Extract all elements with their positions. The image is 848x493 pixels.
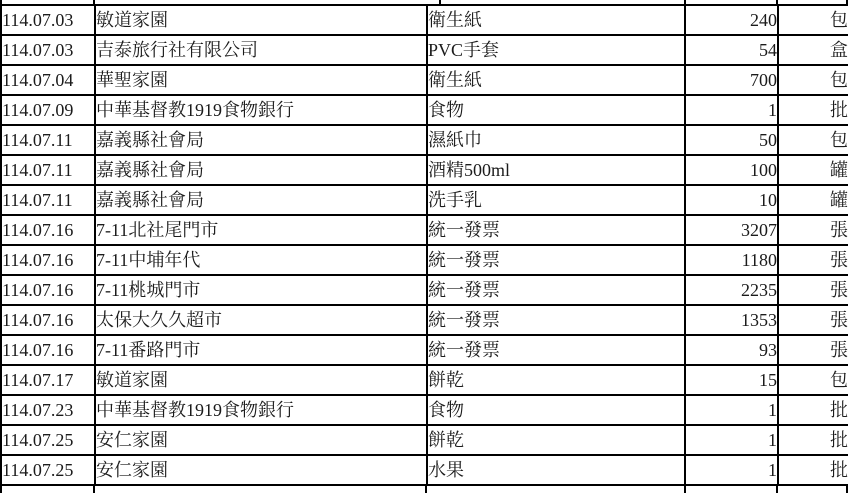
quantity-cell: 1 — [685, 395, 778, 425]
item-cell: 食物 — [427, 395, 685, 425]
unit-cell: 包 — [778, 65, 848, 95]
date-cell: 114.07.11 — [1, 185, 95, 215]
table-row: 114.07.167-11番路門市統一發票93張 — [1, 335, 848, 365]
unit-cell: 張 — [778, 305, 848, 335]
quantity-cell: 54 — [685, 35, 778, 65]
unit-cell: 張 — [778, 335, 848, 365]
date-cell: 114.07.11 — [1, 155, 95, 185]
table-row: 114.07.25安仁家園餅乾1批 — [1, 425, 848, 455]
item-cell: 衛生紙 — [427, 65, 685, 95]
table-row: 114.07.09中華基督教1919食物銀行食物1批 — [1, 95, 848, 125]
unit-cell: 罐 — [778, 185, 848, 215]
donor-cell: 中華基督教1919食物銀行 — [95, 95, 427, 125]
item-cell: 統一發票 — [427, 305, 685, 335]
item-cell: 酒精500ml — [427, 155, 685, 185]
donor-cell: 吉泰旅行社有限公司 — [95, 35, 427, 65]
unit-cell: 盒 — [778, 35, 848, 65]
date-cell: 114.07.17 — [1, 365, 95, 395]
quantity-cell: 240 — [685, 5, 778, 35]
table-row: 114.07.167-11北社尾門市統一發票3207張 — [1, 215, 848, 245]
quantity-cell: 1180 — [685, 245, 778, 275]
donor-cell: 敏道家園 — [95, 5, 427, 35]
bottom-partial-row-border — [425, 486, 427, 493]
unit-cell: 批 — [778, 425, 848, 455]
donor-cell: 安仁家園 — [95, 455, 427, 485]
unit-cell: 批 — [778, 395, 848, 425]
table-row: 114.07.16太保大久久超市統一發票1353張 — [1, 305, 848, 335]
quantity-cell: 100 — [685, 155, 778, 185]
quantity-cell: 700 — [685, 65, 778, 95]
date-cell: 114.07.03 — [1, 5, 95, 35]
donor-cell: 7-11桃城門市 — [95, 275, 427, 305]
quantity-cell: 1353 — [685, 305, 778, 335]
donor-cell: 7-11番路門市 — [95, 335, 427, 365]
bottom-partial-row-border — [776, 486, 778, 493]
donation-table-body: 114.07.03敏道家園衛生紙240包114.07.03吉泰旅行社有限公司PV… — [1, 5, 848, 485]
item-cell: 食物 — [427, 95, 685, 125]
donor-cell: 太保大久久超市 — [95, 305, 427, 335]
quantity-cell: 1 — [685, 425, 778, 455]
item-cell: 餅乾 — [427, 425, 685, 455]
date-cell: 114.07.04 — [1, 65, 95, 95]
item-cell: 水果 — [427, 455, 685, 485]
table-row: 114.07.11嘉義縣社會局酒精500ml100罐 — [1, 155, 848, 185]
table-row: 114.07.23中華基督教1919食物銀行食物1批 — [1, 395, 848, 425]
table-row: 114.07.167-11中埔年代統一發票1180張 — [1, 245, 848, 275]
item-cell: 衛生紙 — [427, 5, 685, 35]
quantity-cell: 10 — [685, 185, 778, 215]
unit-cell: 張 — [778, 215, 848, 245]
table-row: 114.07.25安仁家園水果1批 — [1, 455, 848, 485]
unit-cell: 批 — [778, 455, 848, 485]
donor-cell: 嘉義縣社會局 — [95, 185, 427, 215]
donor-cell: 敏道家園 — [95, 365, 427, 395]
unit-cell: 批 — [778, 95, 848, 125]
table-row: 114.07.17敏道家園餅乾15包 — [1, 365, 848, 395]
date-cell: 114.07.16 — [1, 275, 95, 305]
item-cell: 洗手乳 — [427, 185, 685, 215]
donation-record-sheet: 114.07.03敏道家園衛生紙240包114.07.03吉泰旅行社有限公司PV… — [0, 0, 848, 493]
date-cell: 114.07.16 — [1, 215, 95, 245]
table-row: 114.07.04華聖家園衛生紙700包 — [1, 65, 848, 95]
quantity-cell: 3207 — [685, 215, 778, 245]
donor-cell: 華聖家園 — [95, 65, 427, 95]
date-cell: 114.07.25 — [1, 455, 95, 485]
date-cell: 114.07.23 — [1, 395, 95, 425]
unit-cell: 包 — [778, 5, 848, 35]
bottom-partial-row-border — [0, 486, 2, 493]
bottom-partial-row-border — [684, 486, 686, 493]
table-row: 114.07.11嘉義縣社會局洗手乳10罐 — [1, 185, 848, 215]
table-row: 114.07.11嘉義縣社會局濕紙巾50包 — [1, 125, 848, 155]
item-cell: 統一發票 — [427, 335, 685, 365]
table-row: 114.07.03敏道家園衛生紙240包 — [1, 5, 848, 35]
item-cell: 濕紙巾 — [427, 125, 685, 155]
item-cell: 統一發票 — [427, 275, 685, 305]
donor-cell: 7-11北社尾門市 — [95, 215, 427, 245]
quantity-cell: 1 — [685, 95, 778, 125]
quantity-cell: 50 — [685, 125, 778, 155]
item-cell: 統一發票 — [427, 245, 685, 275]
donor-cell: 7-11中埔年代 — [95, 245, 427, 275]
date-cell: 114.07.16 — [1, 305, 95, 335]
unit-cell: 張 — [778, 275, 848, 305]
date-cell: 114.07.03 — [1, 35, 95, 65]
quantity-cell: 1 — [685, 455, 778, 485]
donor-cell: 安仁家園 — [95, 425, 427, 455]
date-cell: 114.07.25 — [1, 425, 95, 455]
bottom-partial-row-border — [93, 486, 95, 493]
table-row: 114.07.03吉泰旅行社有限公司PVC手套54盒 — [1, 35, 848, 65]
unit-cell: 包 — [778, 365, 848, 395]
donor-cell: 中華基督教1919食物銀行 — [95, 395, 427, 425]
donor-cell: 嘉義縣社會局 — [95, 125, 427, 155]
donation-table: 114.07.03敏道家園衛生紙240包114.07.03吉泰旅行社有限公司PV… — [0, 4, 848, 486]
unit-cell: 罐 — [778, 155, 848, 185]
donor-cell: 嘉義縣社會局 — [95, 155, 427, 185]
unit-cell: 包 — [778, 125, 848, 155]
item-cell: 統一發票 — [427, 215, 685, 245]
date-cell: 114.07.09 — [1, 95, 95, 125]
date-cell: 114.07.11 — [1, 125, 95, 155]
unit-cell: 張 — [778, 245, 848, 275]
quantity-cell: 15 — [685, 365, 778, 395]
quantity-cell: 93 — [685, 335, 778, 365]
quantity-cell: 2235 — [685, 275, 778, 305]
table-row: 114.07.167-11桃城門市統一發票2235張 — [1, 275, 848, 305]
date-cell: 114.07.16 — [1, 335, 95, 365]
date-cell: 114.07.16 — [1, 245, 95, 275]
item-cell: PVC手套 — [427, 35, 685, 65]
item-cell: 餅乾 — [427, 365, 685, 395]
